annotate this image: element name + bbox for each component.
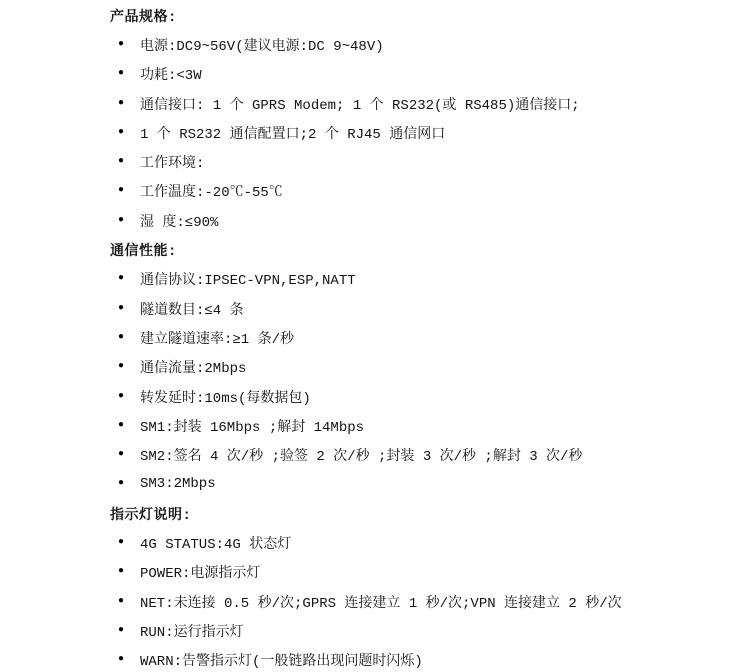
bullet-icon: ●	[118, 69, 140, 79]
bullet-icon: ●	[118, 304, 140, 314]
list-item: ● RUN:运行指示灯	[110, 616, 720, 645]
list-item-text: 4G STATUS:4G 状态灯	[140, 533, 291, 553]
list-item: ● 湿 度:≤90%	[110, 206, 720, 235]
list-item-text: WARN:告警指示灯(一般链路出现问题时闪烁)	[140, 650, 423, 670]
list-item-text: 湿 度:≤90%	[140, 211, 218, 231]
list-item: ● SM1:封装 16Mbps ;解封 14Mbps	[110, 411, 720, 440]
list-item-text: 隧道数目:≤4 条	[140, 299, 244, 319]
bullet-icon: ●	[118, 186, 140, 196]
section-heading: 通信性能:	[110, 235, 720, 264]
list-item-text: 通信流量:2Mbps	[140, 357, 246, 377]
list-item-text: NET:未连接 0.5 秒/次;GPRS 连接建立 1 秒/次;VPN 连接建立…	[140, 592, 622, 612]
list-item-text: SM2:签名 4 次/秒 ;验签 2 次/秒 ;封装 3 次/秒 ;解封 3 次…	[140, 445, 582, 465]
list-item: ● SM2:签名 4 次/秒 ;验签 2 次/秒 ;封装 3 次/秒 ;解封 3…	[110, 440, 720, 469]
list-item-text: 建立隧道速率:≥1 条/秒	[140, 328, 294, 348]
list-item: ● 隧道数目:≤4 条	[110, 294, 720, 323]
list-item: ● POWER:电源指示灯	[110, 558, 720, 587]
bullet-icon: ●	[118, 392, 140, 402]
list-item-text: 通信协议:IPSEC-VPN,ESP,NATT	[140, 269, 356, 289]
section-heading: 产品规格:	[110, 1, 720, 30]
list-item-text: RUN:运行指示灯	[140, 621, 244, 641]
list-item: ● 4G STATUS:4G 状态灯	[110, 528, 720, 557]
bullet-icon: ●	[118, 333, 140, 343]
bullet-icon: ●	[118, 567, 140, 577]
document-page: 产品规格: ● 电源:DC9~56V(建议电源:DC 9~48V) ● 功耗:<…	[0, 0, 750, 672]
list-item: ● 通信协议:IPSEC-VPN,ESP,NATT	[110, 265, 720, 294]
bullet-icon: ●	[118, 40, 140, 50]
list-item-text: 工作温度:-20℃-55℃	[140, 181, 283, 201]
list-item-text: 电源:DC9~56V(建议电源:DC 9~48V)	[140, 35, 384, 55]
list-item-text: 功耗:<3W	[140, 64, 202, 84]
bullet-icon: ●	[118, 128, 140, 138]
list-item-text: POWER:电源指示灯	[140, 562, 260, 582]
list-item-text: 1 个 RS232 通信配置口;2 个 RJ45 通信网口	[140, 123, 445, 143]
list-item: ● 电源:DC9~56V(建议电源:DC 9~48V)	[110, 30, 720, 59]
list-item: ● NET:未连接 0.5 秒/次;GPRS 连接建立 1 秒/次;VPN 连接…	[110, 587, 720, 616]
bullet-icon: ●	[118, 274, 140, 284]
list-item: ● 工作环境:	[110, 147, 720, 176]
bullet-icon: ●	[118, 216, 140, 226]
bullet-icon: ●	[118, 479, 140, 489]
bullet-icon: ●	[118, 538, 140, 548]
list-item: ● 建立隧道速率:≥1 条/秒	[110, 323, 720, 352]
bullet-icon: ●	[118, 157, 140, 167]
bullet-icon: ●	[118, 450, 140, 460]
section-heading: 指示灯说明:	[110, 499, 720, 528]
list-item-text: 工作环境:	[140, 152, 204, 172]
list-item-text: 转发延时:10ms(每数据包)	[140, 387, 311, 407]
list-item: ● 1 个 RS232 通信配置口;2 个 RJ45 通信网口	[110, 118, 720, 147]
list-item-text: SM1:封装 16Mbps ;解封 14Mbps	[140, 416, 364, 436]
list-item: ● 通信接口: 1 个 GPRS Modem; 1 个 RS232(或 RS48…	[110, 89, 720, 118]
list-item: ● WARN:告警指示灯(一般链路出现问题时闪烁)	[110, 646, 720, 672]
list-item: ● 通信流量:2Mbps	[110, 353, 720, 382]
bullet-icon: ●	[118, 421, 140, 431]
list-item: ● SM3:2Mbps	[110, 470, 720, 499]
bullet-icon: ●	[118, 597, 140, 607]
list-item: ● 功耗:<3W	[110, 60, 720, 89]
list-item: ● 转发延时:10ms(每数据包)	[110, 382, 720, 411]
bullet-icon: ●	[118, 655, 140, 665]
list-item-text: SM3:2Mbps	[140, 476, 216, 492]
bullet-icon: ●	[118, 362, 140, 372]
bullet-icon: ●	[118, 626, 140, 636]
list-item-text: 通信接口: 1 个 GPRS Modem; 1 个 RS232(或 RS485)…	[140, 94, 580, 114]
bullet-icon: ●	[118, 99, 140, 109]
list-item: ● 工作温度:-20℃-55℃	[110, 177, 720, 206]
